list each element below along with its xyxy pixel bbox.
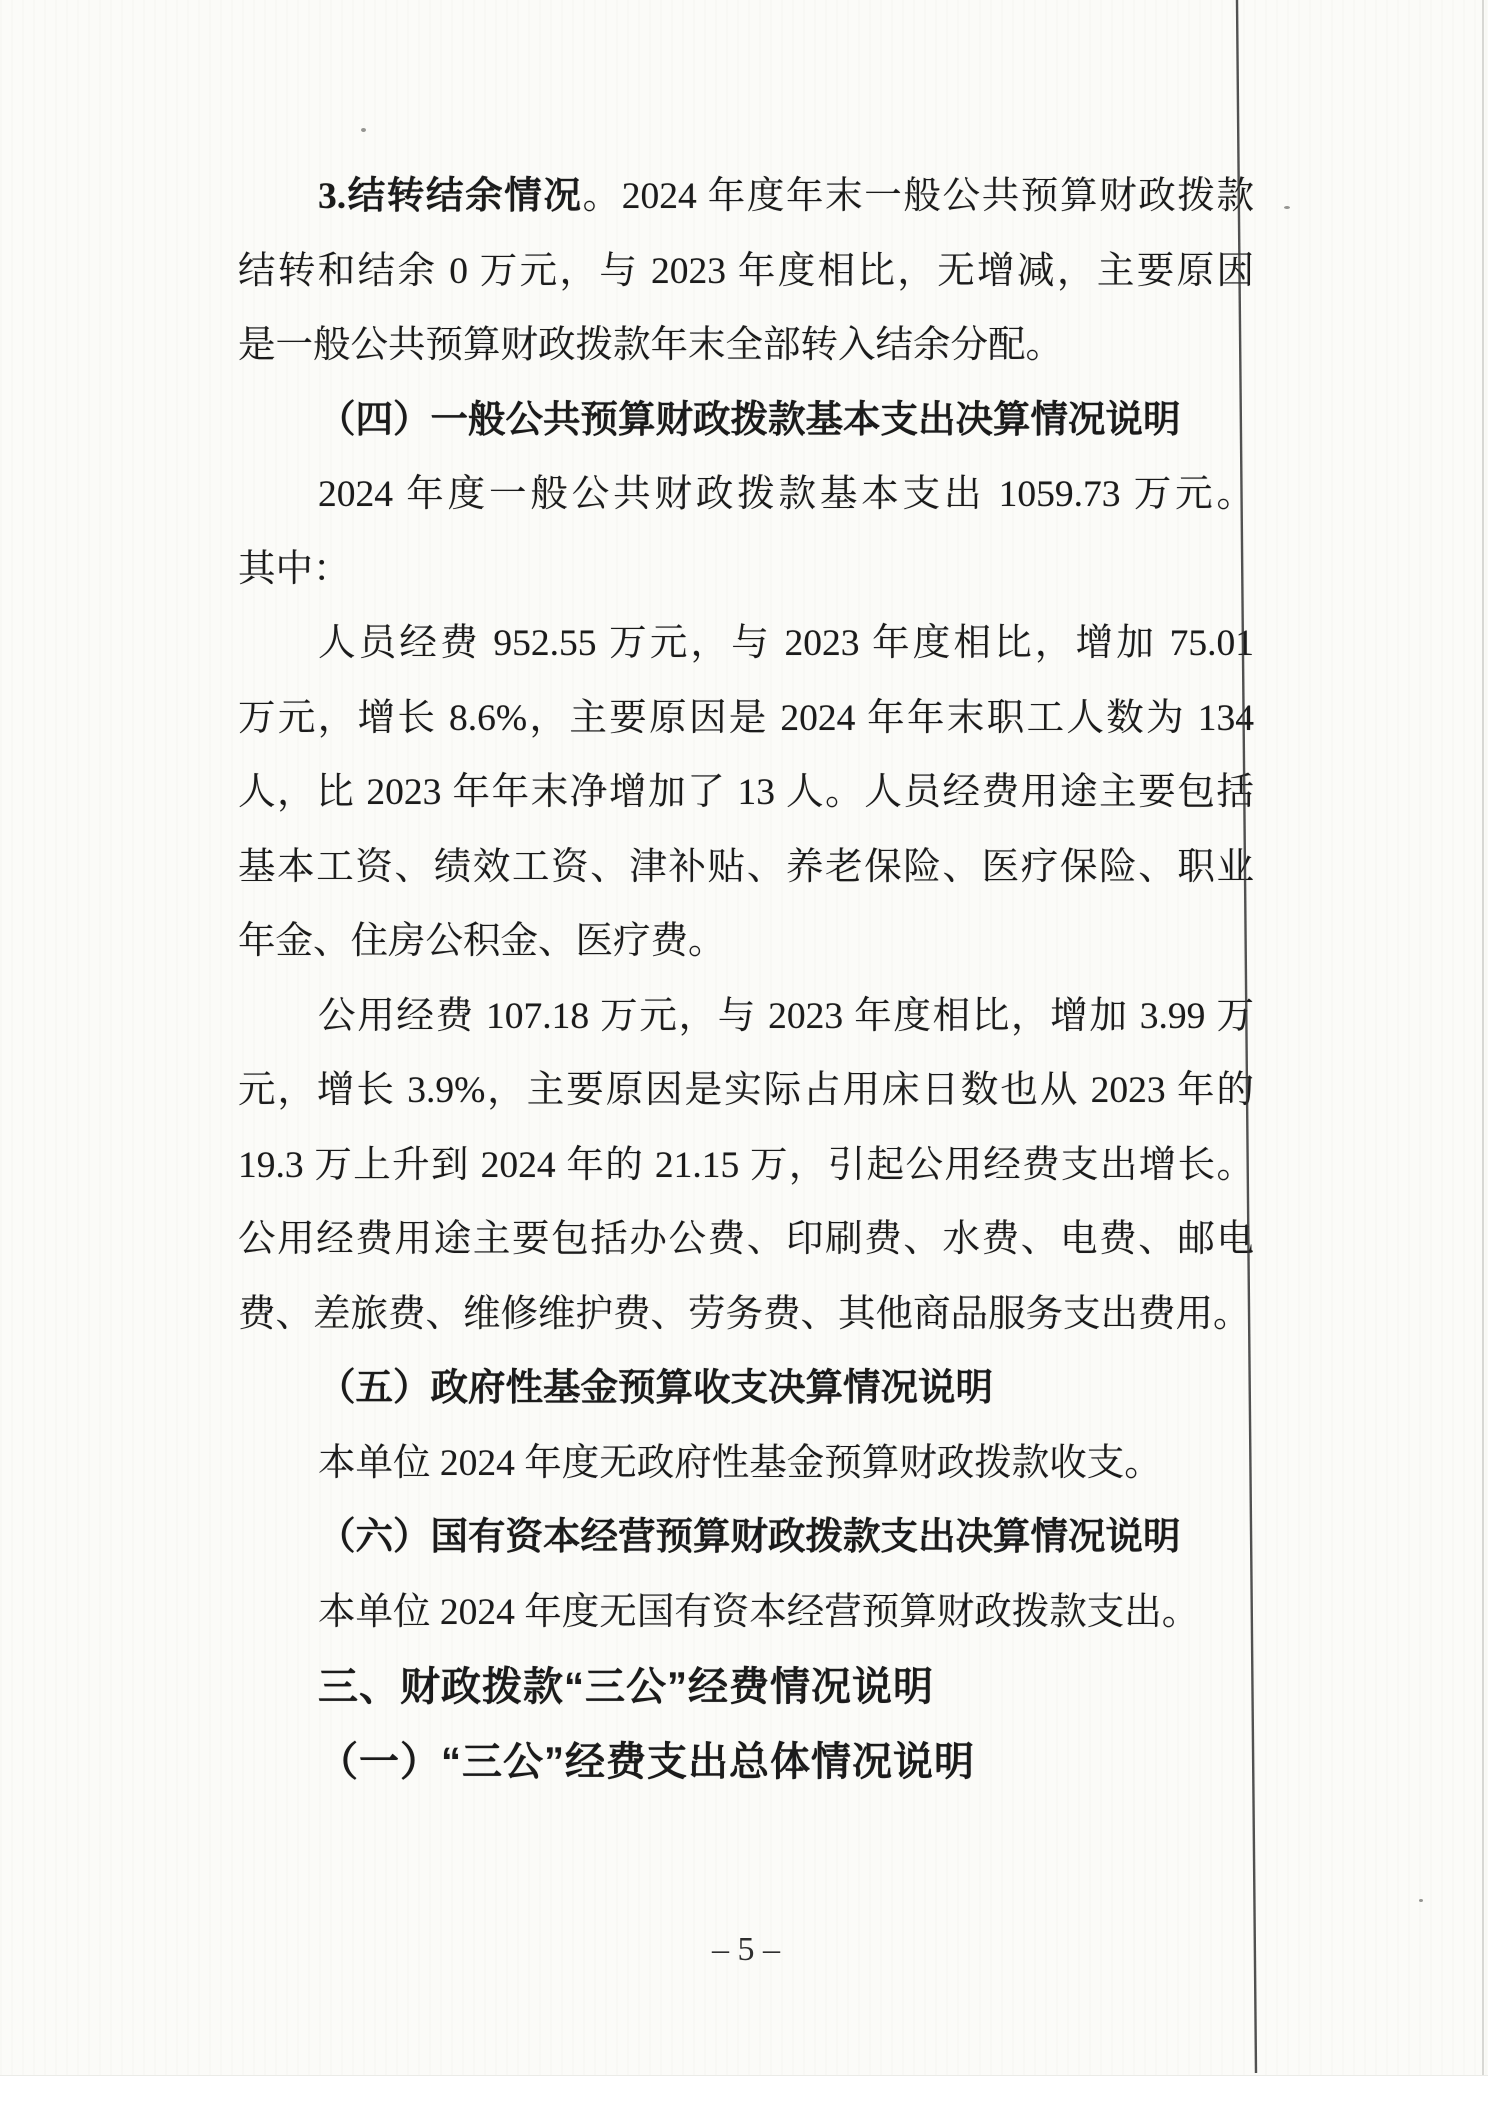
heading-line: （五）政府性基金预算收支决算情况说明 (238, 1352, 1254, 1427)
scan-edge-shadow (1482, 0, 1484, 2104)
text-line: 元，增长 3.9%，主要原因是实际占用床日数也从 2023 年的 (238, 1054, 1254, 1129)
text-line: 基本工资、绩效工资、津补贴、养老保险、医疗保险、职业 (238, 831, 1254, 906)
scanner-bed-strip (0, 2075, 1488, 2104)
text-line: 万元，增长 8.6%，主要原因是 2024 年年末职工人数为 134 (238, 682, 1254, 757)
page-number: – 5 – (238, 1925, 1254, 1975)
text-run: 。2024 年度年末一般公共预算财政拨款 (583, 176, 1254, 217)
scan-speck (361, 128, 366, 132)
text-line: 人员经费 952.55 万元，与 2023 年度相比，增加 75.01 (238, 607, 1254, 682)
scan-speck (1284, 206, 1290, 209)
heading-line: （六）国有资本经营预算财政拨款支出决算情况说明 (238, 1501, 1254, 1576)
text-line: 公用经费用途主要包括办公费、印刷费、水费、电费、邮电 (238, 1203, 1254, 1278)
text-line: 19.3 万上升到 2024 年的 21.15 万，引起公用经费支出增长。 (238, 1129, 1254, 1204)
text-line: 年金、住房公积金、医疗费。 (238, 905, 1254, 980)
text-line: 结转和结余 0 万元，与 2023 年度相比，无增减，主要原因 (238, 235, 1254, 310)
text-line: 本单位 2024 年度无政府性基金预算财政拨款收支。 (238, 1427, 1254, 1502)
text-line: 费、差旅费、维修维护费、劳务费、其他商品服务支出费用。 (238, 1278, 1254, 1353)
document-body: 3.结转结余情况。2024 年度年末一般公共预算财政拨款结转和结余 0 万元，与… (238, 160, 1254, 1799)
heading-line: （四）一般公共预算财政拨款基本支出决算情况说明 (238, 384, 1254, 459)
bold-run: 3.结转结余情况 (318, 176, 583, 217)
text-line: 其中： (238, 533, 1254, 608)
text-line: 3.结转结余情况。2024 年度年末一般公共预算财政拨款 (238, 160, 1254, 235)
scanned-document-page: 3.结转结余情况。2024 年度年末一般公共预算财政拨款结转和结余 0 万元，与… (0, 0, 1488, 2104)
heading-line: （一）“三公”经费支出总体情况说明 (238, 1725, 1254, 1800)
text-line: 公用经费 107.18 万元，与 2023 年度相比，增加 3.99 万 (238, 980, 1254, 1055)
scan-speck (1419, 1899, 1423, 1902)
text-line: 2024 年度一般公共财政拨款基本支出 1059.73 万元。 (238, 458, 1254, 533)
heading-line: 三、财政拨款“三公”经费情况说明 (238, 1650, 1254, 1725)
text-line: 是一般公共预算财政拨款年末全部转入结余分配。 (238, 309, 1254, 384)
text-line: 本单位 2024 年度无国有资本经营预算财政拨款支出。 (238, 1576, 1254, 1651)
scan-speck (713, 1529, 716, 1532)
text-line: 人，比 2023 年年末净增加了 13 人。人员经费用途主要包括 (238, 756, 1254, 831)
